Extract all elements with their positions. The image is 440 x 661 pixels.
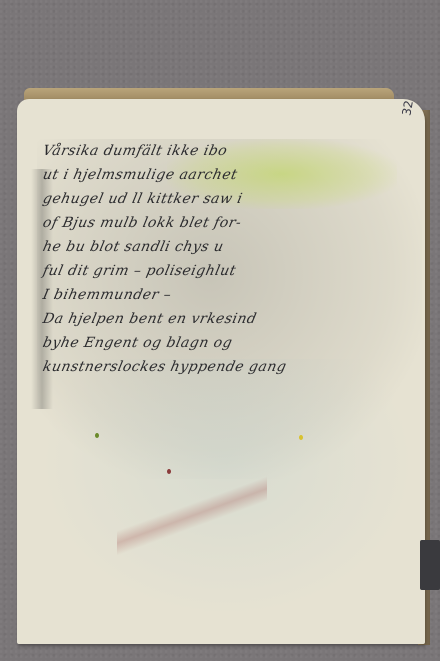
notebook-page: 32 Vårsika dumfält ikke ibo ut i hjelmsm… [17, 99, 425, 644]
text-line: Da hjelpen bent en vrkesind [40, 307, 415, 331]
text-line: ful dit grim – poliseighlut [40, 259, 415, 283]
text-line: he bu blot sandli chys u [40, 235, 415, 259]
green-paint-dot [95, 433, 99, 438]
notebook-tab [420, 540, 440, 590]
text-line: kunstnerslockes hyppende gang [40, 355, 415, 379]
text-line: byhe Engent og blagn og [40, 331, 415, 355]
text-line: ut i hjelmsmulige aarchet [40, 163, 415, 187]
crayon-stroke-red [117, 469, 267, 569]
text-line: gehugel ud ll kittker saw i [40, 187, 415, 211]
yellow-paint-dot [299, 435, 303, 440]
red-paint-dot [167, 469, 171, 474]
handwritten-text: Vårsika dumfält ikke ibo ut i hjelmsmuli… [43, 139, 413, 379]
text-line: I bihemmunder – [40, 283, 415, 307]
text-line: Vårsika dumfält ikke ibo [40, 139, 415, 163]
page-number: 32 [399, 99, 415, 116]
text-line: of Bjus mulb lokk blet for- [40, 211, 415, 235]
